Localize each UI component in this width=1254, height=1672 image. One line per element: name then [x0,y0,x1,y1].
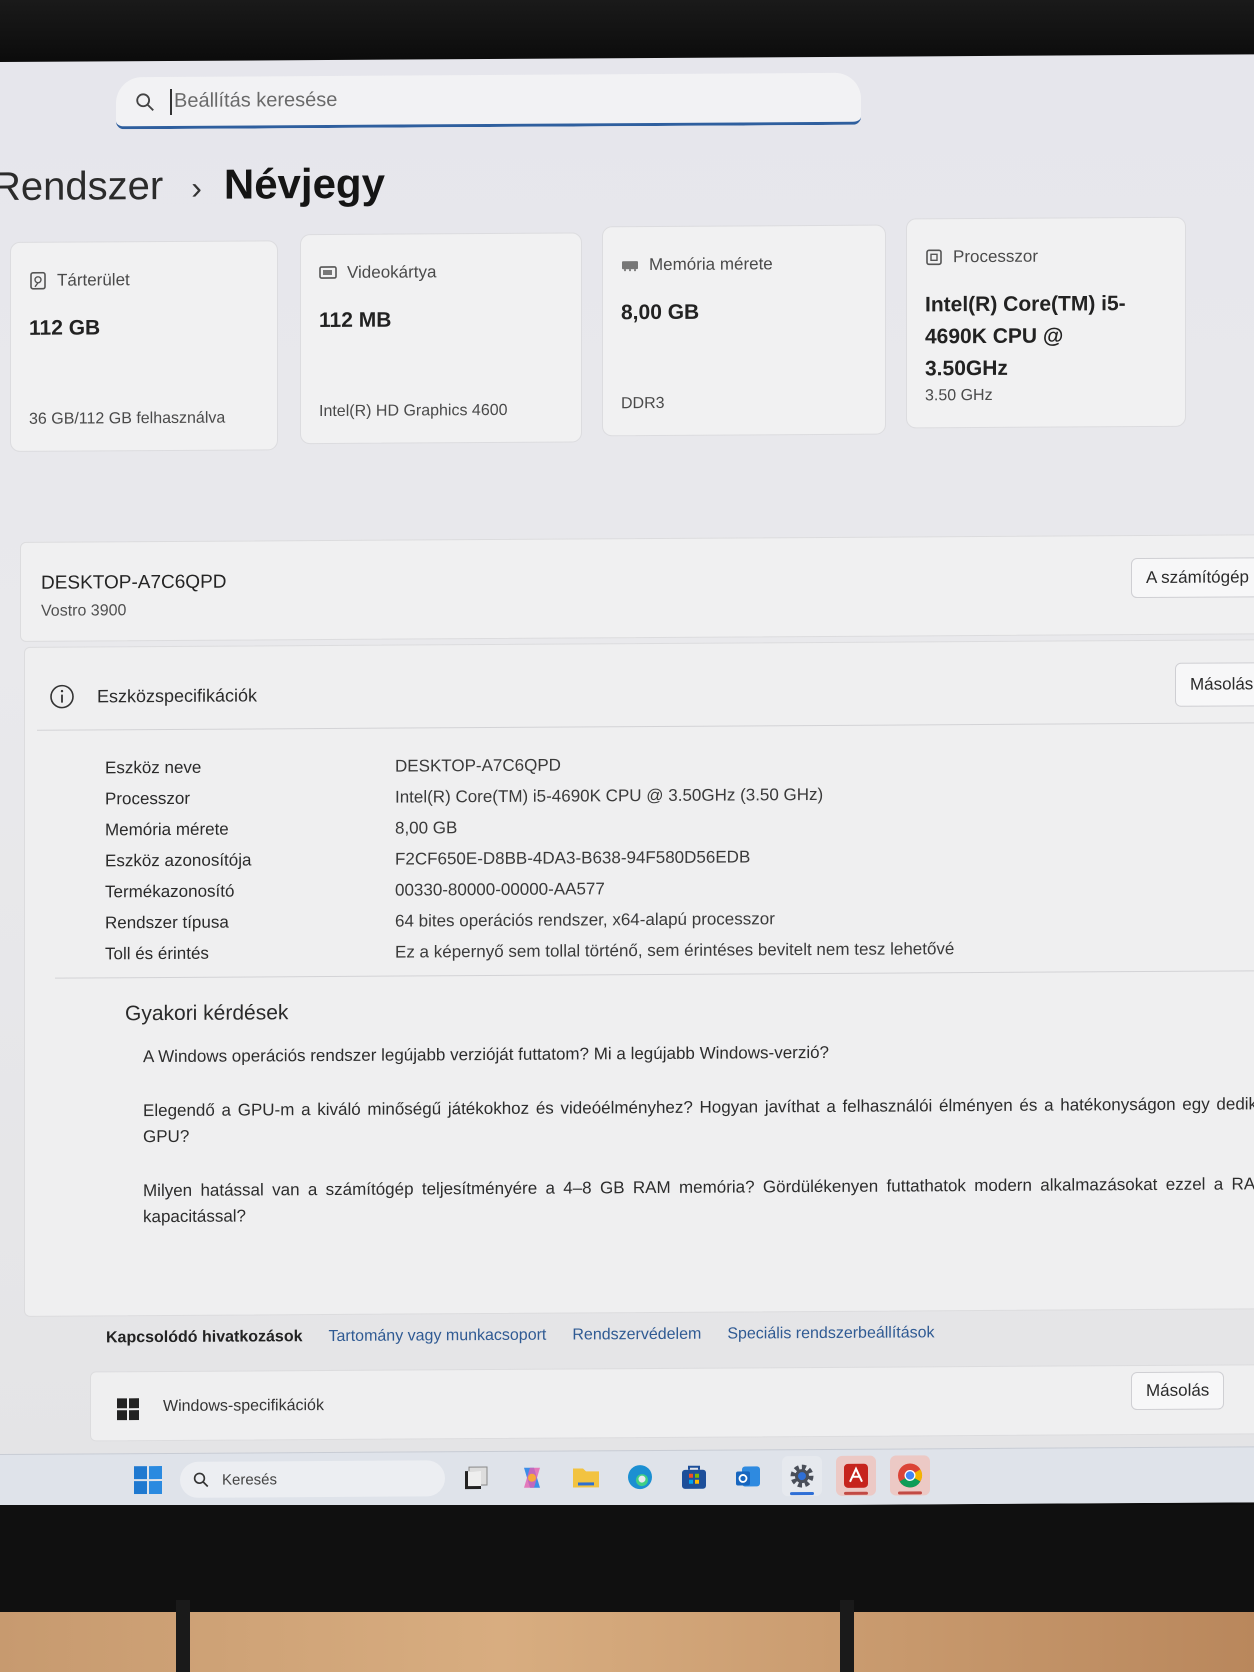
link-system-protection[interactable]: Rendszervédelem [572,1326,701,1345]
chrome-icon [896,1461,924,1489]
taskbar-edge[interactable] [620,1457,660,1497]
spec-key: Eszköz neve [105,756,395,778]
divider [37,722,1254,731]
card-sub: 3.50 GHz [925,387,993,405]
copy-windows-specs-button[interactable]: Másolás [1131,1372,1224,1411]
folder-icon [572,1465,600,1489]
faq-section: Gyakori kérdések A Windows operációs ren… [125,995,1254,1258]
monitor-stand [176,1600,190,1672]
card-processor[interactable]: Processzor Intel(R) Core(TM) i5-4690K CP… [906,217,1186,429]
spec-row: Memória mérete8,00 GB [105,809,954,845]
spec-key: Rendszer típusa [105,911,395,933]
spec-row: Termékazonosító00330-80000-00000-AA577 [105,871,954,907]
rename-pc-button[interactable]: A számítógép [1131,557,1254,598]
card-value: 112 MB [319,305,391,337]
windows-specs-title: Windows-specifikációk [163,1397,324,1416]
spec-key: Termékazonosító [105,880,395,902]
spec-value: 64 bites operációs rendszer, x64-alapú p… [395,909,775,931]
device-specs-title: Eszközspecifikációk [97,685,257,707]
spec-value: Ez a képernyő sem tollal történő, sem ér… [395,939,954,962]
spec-row: ProcesszorIntel(R) Core(TM) i5-4690K CPU… [105,778,954,814]
spec-row: Eszköz azonosítójaF2CF650E-D8BB-4DA3-B63… [105,840,954,876]
card-storage[interactable]: Tárterület 112 GB 36 GB/112 GB felhaszná… [10,240,278,452]
spec-value: 00330-80000-00000-AA577 [395,879,605,900]
spec-key: Memória mérete [105,818,395,840]
taskbar-search[interactable]: Keresés [180,1460,445,1498]
faq-heading: Gyakori kérdések [125,995,1254,1026]
spec-row: Rendszer típusa64 bites operációs rendsz… [105,902,954,938]
device-name: DESKTOP-A7C6QPD [41,572,226,595]
card-value: Intel(R) Core(TM) i5-4690K CPU @ 3.50GHz [925,288,1135,385]
card-label: Videokártya [347,262,436,283]
running-indicator [844,1492,868,1495]
task-view-icon [463,1465,489,1491]
device-model: Vostro 3900 [41,602,126,621]
spec-key: Processzor [105,787,395,809]
taskbar-store[interactable] [674,1457,714,1497]
divider [55,970,1254,979]
storage-icon [29,272,47,290]
search-icon [134,91,156,113]
link-domain-workgroup[interactable]: Tartomány vagy munkacsoport [329,1327,547,1346]
spec-key: Eszköz azonosítója [105,849,395,871]
text-caret [170,88,172,114]
spec-row: Toll és érintésEz a képernyő sem tollal … [105,933,954,969]
device-name-panel: DESKTOP-A7C6QPD Vostro 3900 A számítógép [20,534,1254,642]
windows-logo-icon [117,1398,139,1420]
acrobat-icon [842,1462,870,1490]
chevron-right-icon: › [191,170,202,207]
edge-icon [626,1463,654,1491]
taskbar: Keresés [0,1446,1254,1510]
gpu-icon [319,264,337,282]
device-specs-header[interactable]: Eszközspecifikációk [49,682,257,709]
faq-question[interactable]: Elegendő a GPU-m a kiváló minőségű játék… [143,1091,1254,1150]
settings-window: Beállítás keresése Rendszer › Névjegy Tá… [0,54,1254,1510]
spec-value: DESKTOP-A7C6QPD [395,755,561,776]
spec-row: Eszköz neveDESKTOP-A7C6QPD [105,747,954,783]
spec-key: Toll és érintés [105,942,395,964]
breadcrumb: Rendszer › Névjegy [0,160,385,210]
taskbar-search-placeholder: Keresés [222,1471,277,1488]
faq-question[interactable]: Milyen hatással van a számítógép teljesí… [143,1171,1254,1230]
taskbar-settings[interactable] [782,1456,822,1496]
info-icon [49,684,75,710]
windows-specs-panel[interactable]: Windows-specifikációk Másolás [90,1364,1254,1441]
related-links-label: Kapcsolódó hivatkozások [106,1328,303,1347]
spec-value: Intel(R) Core(TM) i5-4690K CPU @ 3.50GHz… [395,784,823,807]
start-button[interactable] [134,1466,162,1494]
taskbar-copilot[interactable] [512,1458,552,1498]
spec-value: F2CF650E-D8BB-4DA3-B638-94F580D56EDB [395,847,750,869]
card-gpu[interactable]: Videokártya 112 MB Intel(R) HD Graphics … [300,232,582,444]
spec-value: 8,00 GB [395,818,457,838]
store-icon [680,1463,708,1491]
search-input[interactable]: Beállítás keresése [174,89,337,113]
link-advanced-system-settings[interactable]: Speciális rendszerbeállítások [727,1324,934,1343]
card-label: Tárterület [57,270,130,290]
card-value: 8,00 GB [621,297,699,329]
taskbar-file-explorer[interactable] [566,1457,606,1497]
page-title: Névjegy [224,160,385,209]
card-value: 112 GB [29,312,100,344]
copilot-icon [518,1464,546,1492]
card-sub: Intel(R) HD Graphics 4600 [319,402,508,421]
taskbar-task-view[interactable] [456,1458,496,1498]
related-links: Kapcsolódó hivatkozások Tartomány vagy m… [106,1324,935,1347]
card-sub: DDR3 [621,395,665,413]
spec-table: Eszköz neveDESKTOP-A7C6QPD ProcesszorInt… [105,747,954,969]
taskbar-acrobat[interactable] [836,1456,876,1496]
running-indicator [790,1492,814,1495]
settings-search-box[interactable]: Beállítás keresése [116,73,861,130]
device-specs-panel: Eszközspecifikációk Másolás Eszköz neveD… [24,639,1254,1317]
faq-question[interactable]: A Windows operációs rendszer legújabb ve… [143,1037,1254,1070]
card-memory[interactable]: Memória mérete 8,00 GB DDR3 [602,225,886,437]
card-label: Processzor [953,247,1038,268]
copy-specs-button[interactable]: Másolás [1175,662,1254,707]
running-indicator [898,1491,922,1494]
taskbar-outlook[interactable] [728,1456,768,1496]
card-label: Memória mérete [649,254,773,275]
card-sub: 36 GB/112 GB felhasználva [29,410,225,429]
processor-icon [925,248,943,266]
monitor-bezel-bottom [0,1505,1254,1615]
monitor-stand [840,1600,854,1672]
search-icon [192,1471,210,1489]
gear-icon [788,1462,816,1490]
breadcrumb-parent[interactable]: Rendszer [0,164,163,210]
taskbar-chrome[interactable] [890,1455,930,1495]
memory-icon [621,256,639,274]
outlook-icon [734,1462,762,1490]
